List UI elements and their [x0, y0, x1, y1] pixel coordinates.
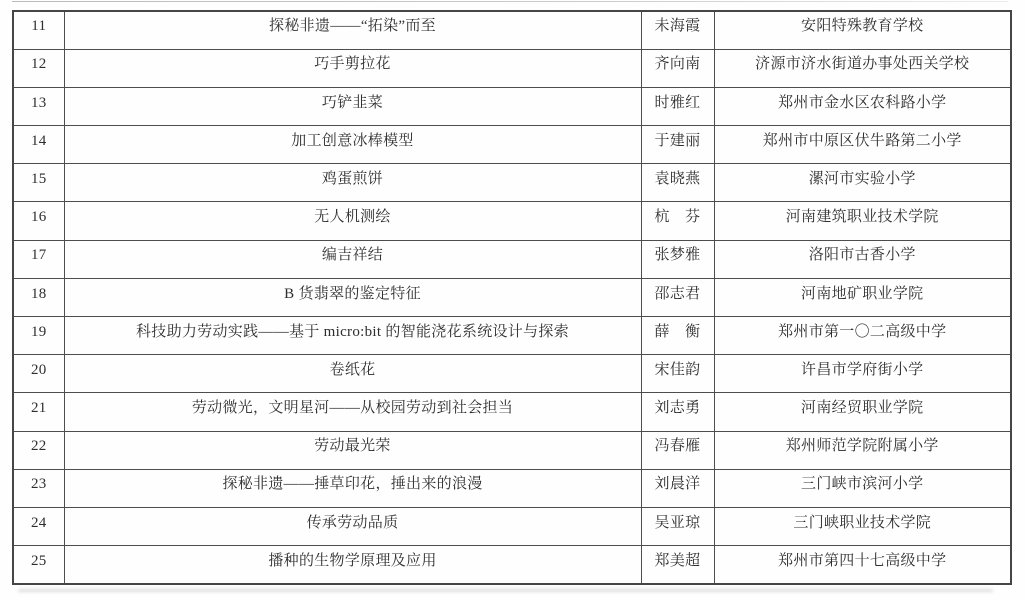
- project-title: 加工创意冰棒模型: [64, 126, 641, 164]
- project-title: 探秘非遗——“拓染”而至: [64, 11, 641, 49]
- table-row: 24 传承劳动品质 吴亚琼 三门峡职业技术学院: [13, 507, 1011, 545]
- row-number: 14: [13, 126, 64, 164]
- person-name: 杭 芬: [641, 202, 714, 240]
- table-row: 21 劳动微光，文明星河——从校园劳动到社会担当 刘志勇 河南经贸职业学院: [13, 393, 1011, 431]
- row-number: 12: [13, 49, 64, 87]
- table-row: 17 编吉祥结 张梦雅 洛阳市古香小学: [13, 240, 1011, 278]
- school-name: 许昌市学府街小学: [714, 355, 1011, 393]
- project-title: 巧铲韭菜: [64, 87, 641, 125]
- person-name: 张梦雅: [641, 240, 714, 278]
- person-name: 时雅红: [641, 87, 714, 125]
- row-number: 25: [13, 546, 64, 584]
- table-row: 15 鸡蛋煎饼 袁晓燕 漯河市实验小学: [13, 164, 1011, 202]
- table-row: 18 B 货翡翠的鉴定特征 邵志君 河南地矿职业学院: [13, 278, 1011, 316]
- school-name: 三门峡职业技术学院: [714, 507, 1011, 545]
- person-name: 未海霞: [641, 11, 714, 49]
- person-name: 于建丽: [641, 126, 714, 164]
- row-number: 21: [13, 393, 64, 431]
- table-row: 13 巧铲韭菜 时雅红 郑州市金水区农科路小学: [13, 87, 1011, 125]
- school-name: 河南经贸职业学院: [714, 393, 1011, 431]
- table-row: 22 劳动最光荣 冯春雁 郑州师范学院附属小学: [13, 431, 1011, 469]
- person-name: 刘晨洋: [641, 469, 714, 507]
- project-title: 劳动最光荣: [64, 431, 641, 469]
- table-row: 23 探秘非遗——捶草印花，捶出来的浪漫 刘晨洋 三门峡市滨河小学: [13, 469, 1011, 507]
- school-name: 郑州市中原区伏牛路第二小学: [714, 126, 1011, 164]
- table-row: 20 卷纸花 宋佳韵 许昌市学府街小学: [13, 355, 1011, 393]
- entries-table: 11 探秘非遗——“拓染”而至 未海霞 安阳特殊教育学校 12 巧手剪拉花 齐向…: [12, 10, 1012, 585]
- project-title: 卷纸花: [64, 355, 641, 393]
- table-row: 25 播种的生物学原理及应用 郑美超 郑州市第四十七高级中学: [13, 546, 1011, 584]
- project-title: 探秘非遗——捶草印花，捶出来的浪漫: [64, 469, 641, 507]
- table-row: 14 加工创意冰棒模型 于建丽 郑州市中原区伏牛路第二小学: [13, 126, 1011, 164]
- row-number: 16: [13, 202, 64, 240]
- table-row: 11 探秘非遗——“拓染”而至 未海霞 安阳特殊教育学校: [13, 11, 1011, 49]
- row-number: 19: [13, 317, 64, 355]
- person-name: 刘志勇: [641, 393, 714, 431]
- school-name: 河南建筑职业技术学院: [714, 202, 1011, 240]
- school-name: 三门峡市滨河小学: [714, 469, 1011, 507]
- person-name: 邵志君: [641, 278, 714, 316]
- project-title: 传承劳动品质: [64, 507, 641, 545]
- project-title: 劳动微光，文明星河——从校园劳动到社会担当: [64, 393, 641, 431]
- person-name: 齐向南: [641, 49, 714, 87]
- project-title: 巧手剪拉花: [64, 49, 641, 87]
- row-number: 17: [13, 240, 64, 278]
- project-title: 无人机测绘: [64, 202, 641, 240]
- school-name: 郑州市第一〇二高级中学: [714, 317, 1011, 355]
- school-name: 郑州市金水区农科路小学: [714, 87, 1011, 125]
- row-number: 24: [13, 507, 64, 545]
- row-number: 15: [13, 164, 64, 202]
- table-row: 16 无人机测绘 杭 芬 河南建筑职业技术学院: [13, 202, 1011, 240]
- person-name: 郑美超: [641, 546, 714, 584]
- table-row: 12 巧手剪拉花 齐向南 济源市济水街道办事处西关学校: [13, 49, 1011, 87]
- school-name: 郑州师范学院附属小学: [714, 431, 1011, 469]
- person-name: 吴亚琼: [641, 507, 714, 545]
- row-number: 23: [13, 469, 64, 507]
- person-name: 袁晓燕: [641, 164, 714, 202]
- school-name: 安阳特殊教育学校: [714, 11, 1011, 49]
- school-name: 郑州市第四十七高级中学: [714, 546, 1011, 584]
- school-name: 河南地矿职业学院: [714, 278, 1011, 316]
- school-name: 济源市济水街道办事处西关学校: [714, 49, 1011, 87]
- project-title: B 货翡翠的鉴定特征: [64, 278, 641, 316]
- project-title: 编吉祥结: [64, 240, 641, 278]
- row-number: 11: [13, 11, 64, 49]
- school-name: 漯河市实验小学: [714, 164, 1011, 202]
- row-number: 20: [13, 355, 64, 393]
- row-number: 13: [13, 87, 64, 125]
- project-title: 鸡蛋煎饼: [64, 164, 641, 202]
- school-name: 洛阳市古香小学: [714, 240, 1011, 278]
- project-title: 播种的生物学原理及应用: [64, 546, 641, 584]
- scan-edge-line-top: [12, 1, 1008, 2]
- table-row: 19 科技助力劳动实践——基于 micro:bit 的智能浇花系统设计与探索 薛…: [13, 317, 1011, 355]
- person-name: 冯春雁: [641, 431, 714, 469]
- row-number: 18: [13, 278, 64, 316]
- project-title: 科技助力劳动实践——基于 micro:bit 的智能浇花系统设计与探索: [64, 317, 641, 355]
- scan-shadow-bottom: [18, 589, 993, 592]
- row-number: 22: [13, 431, 64, 469]
- person-name: 宋佳韵: [641, 355, 714, 393]
- person-name: 薛 衡: [641, 317, 714, 355]
